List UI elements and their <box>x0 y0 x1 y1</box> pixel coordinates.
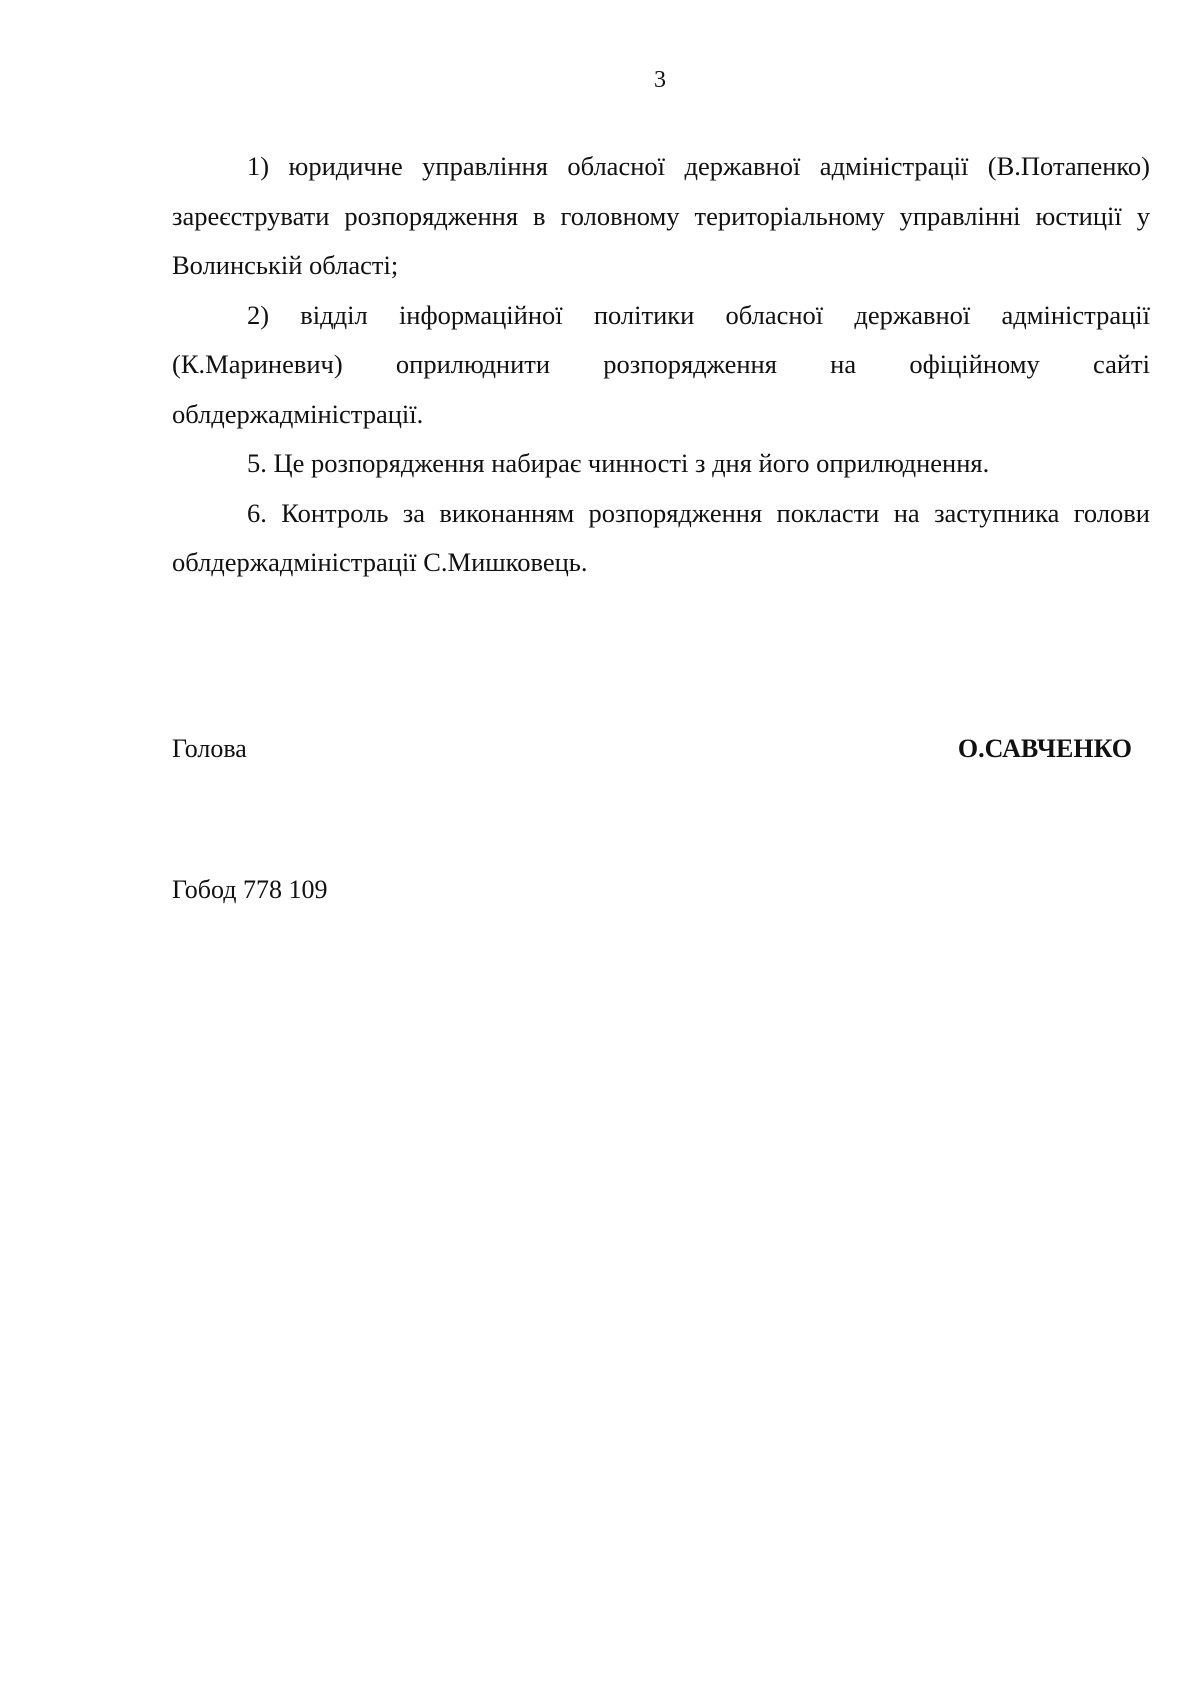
signatory-title: Голова <box>172 731 247 767</box>
document-code: Гобод 778 109 <box>172 872 327 908</box>
signatory-name: О.САВЧЕНКО <box>958 731 1132 767</box>
paragraph-item-6: 6. Контроль за виконанням розпорядження … <box>172 489 1150 588</box>
paragraph-item-5: 5. Це розпорядження набирає чинності з д… <box>172 439 1150 489</box>
paragraph-item-2: 2) відділ інформаційної політики обласно… <box>172 291 1150 440</box>
page-number: 3 <box>0 66 1200 94</box>
document-body: 1) юридичне управління обласної державно… <box>172 142 1150 588</box>
paragraph-item-1: 1) юридичне управління обласної державно… <box>172 142 1150 291</box>
signature-block: Голова О.САВЧЕНКО <box>172 731 1132 767</box>
